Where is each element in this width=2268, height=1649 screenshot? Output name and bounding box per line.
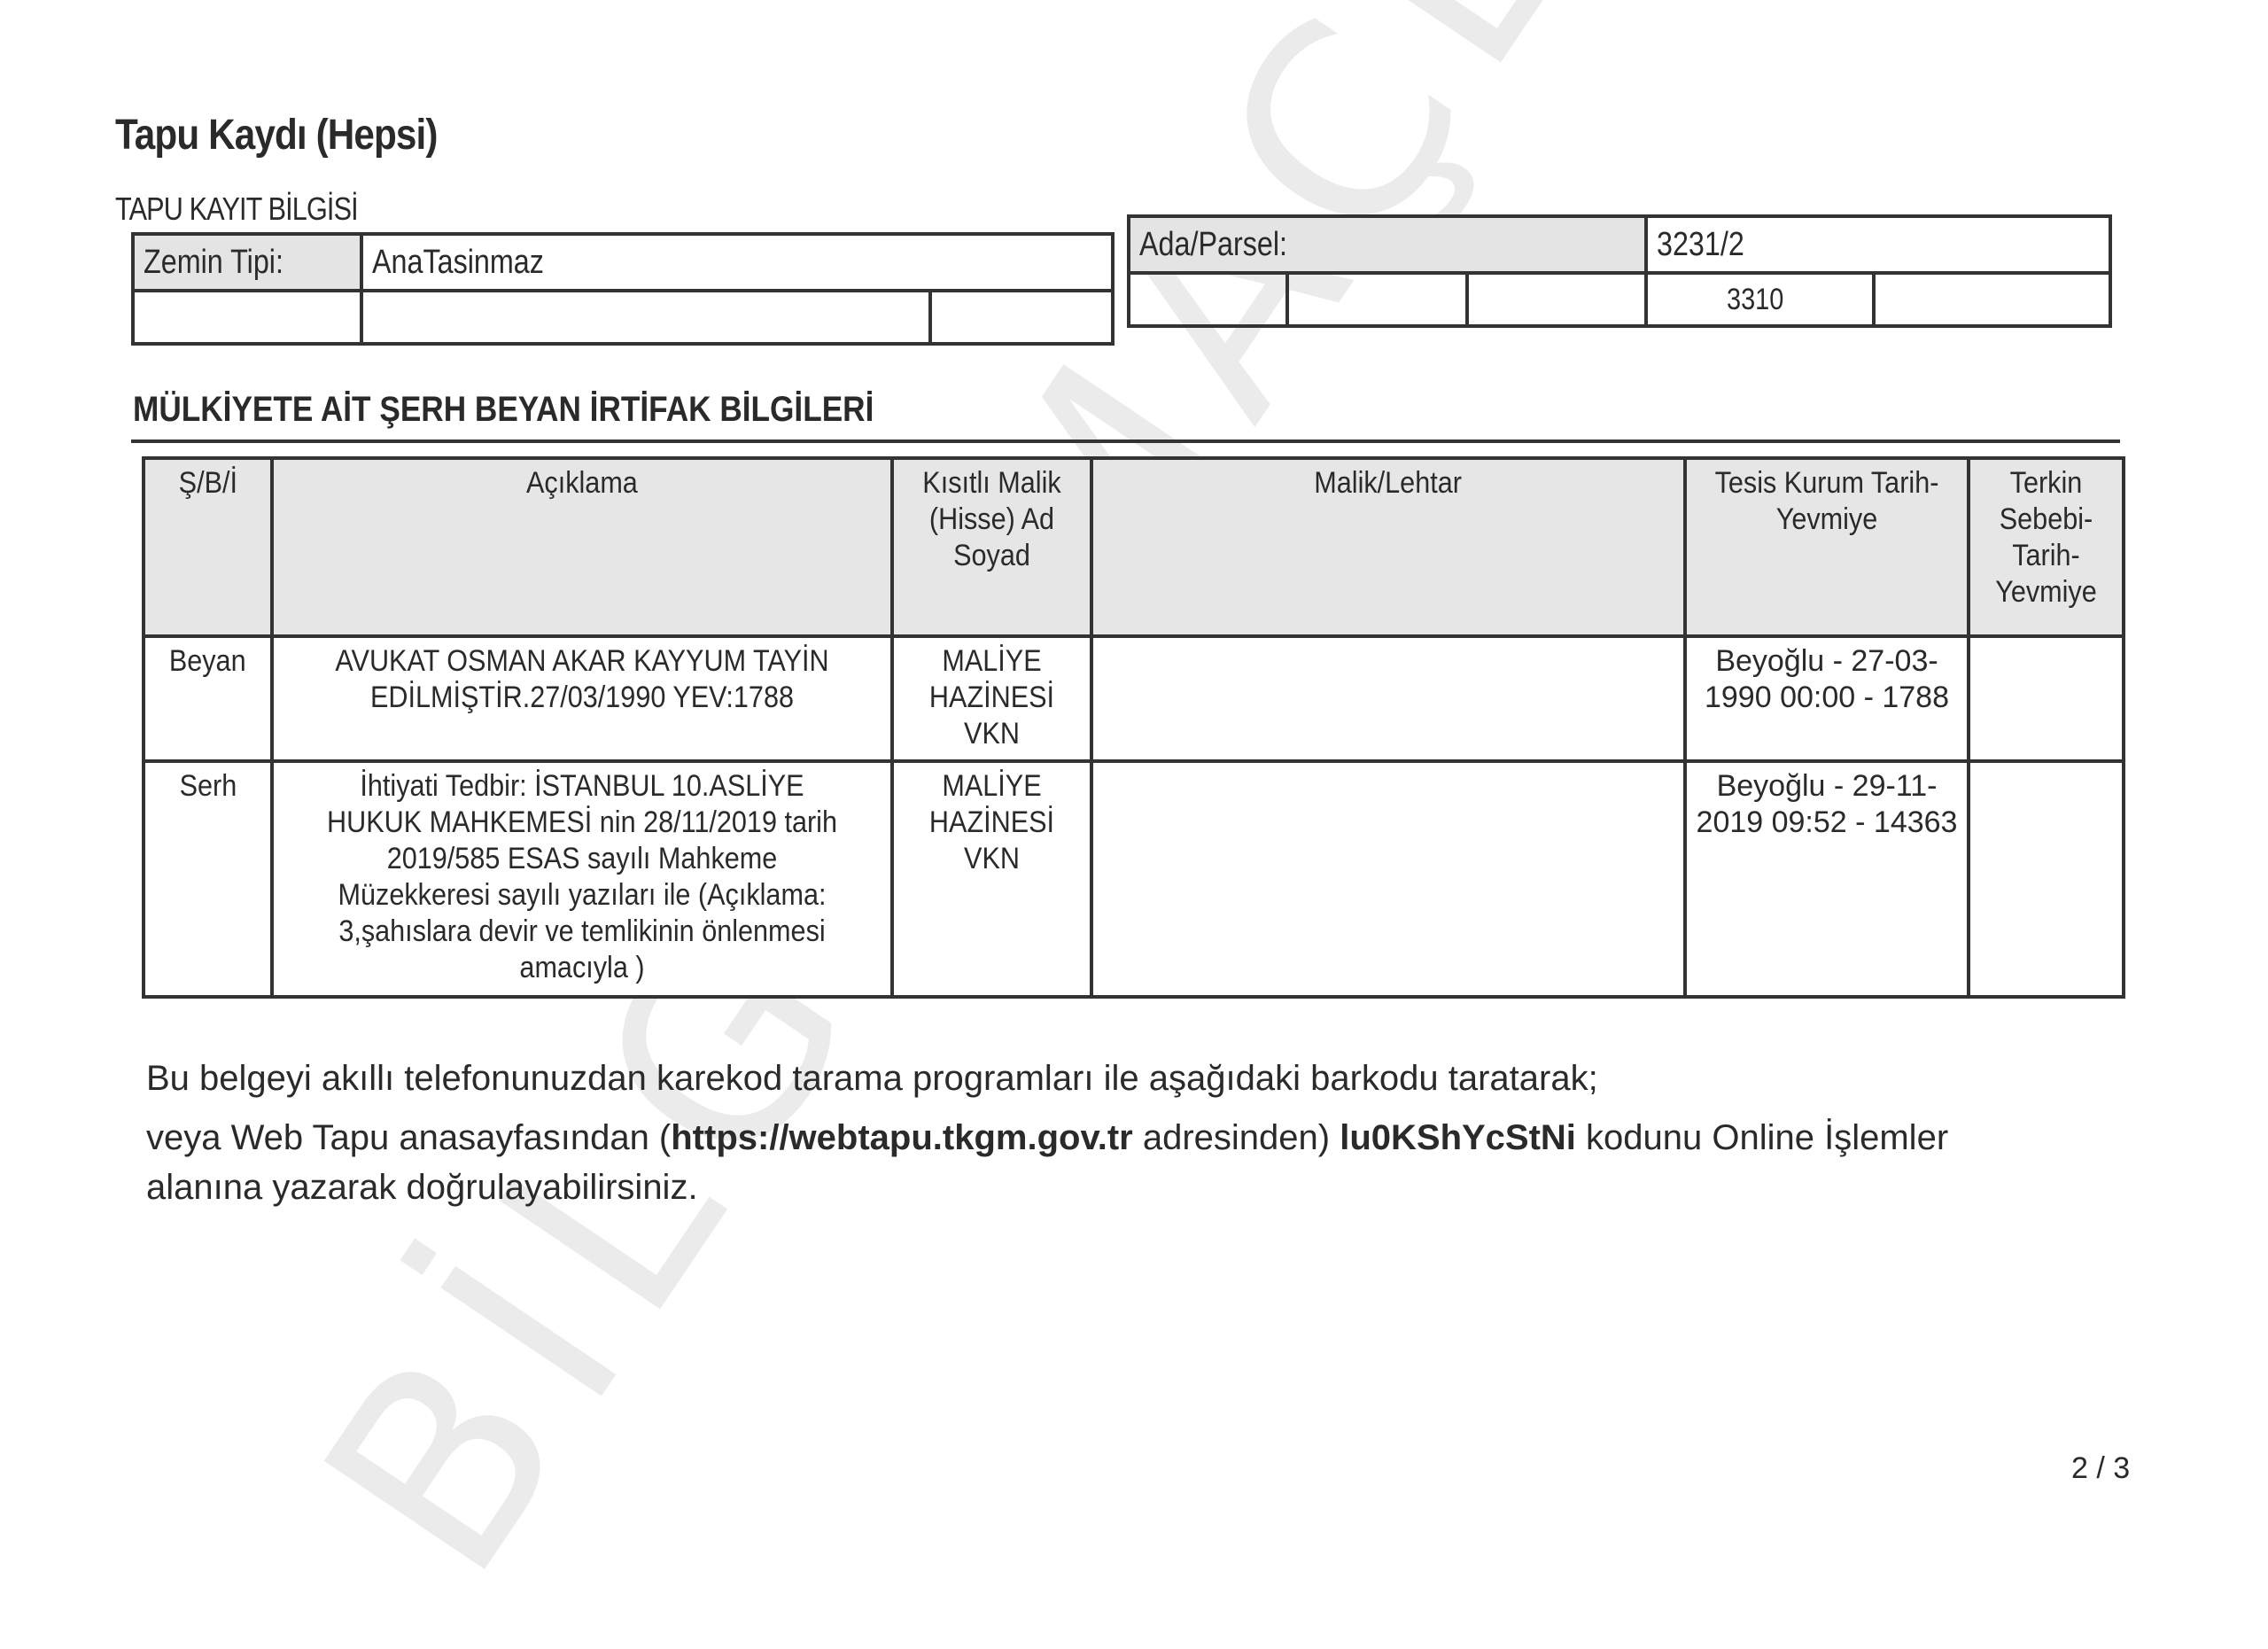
empty-cell: [1287, 273, 1466, 326]
verification-url-line: veya Web Tapu anasayfasından (https://we…: [146, 1118, 1948, 1158]
column-header-tesis: Tesis Kurum Tarih-Yevmiye: [1685, 458, 1969, 636]
section-title: MÜLKİYETE AİT ŞERH BEYAN İRTİFAK BİLGİLE…: [133, 390, 874, 430]
empty-cell: [133, 291, 361, 344]
empty-cell: [1467, 273, 1646, 326]
cell-terkin: [1969, 636, 2124, 761]
cell-aciklama: İhtiyati Tedbir: İSTANBUL 10.ASLİYE HUKU…: [272, 761, 892, 997]
page-number: 2 / 3: [2071, 1451, 2130, 1486]
cell-type: Serh: [144, 761, 272, 997]
cell-type: Beyan: [144, 636, 272, 761]
parsel-number-cell: 3310: [1646, 273, 1874, 326]
webtapu-link[interactable]: https://webtapu.tkgm.gov.tr: [671, 1118, 1132, 1157]
verification-instruction: Bu belgeyi akıllı telefonunuzdan karekod…: [146, 1059, 1598, 1099]
column-header-malik-lehtar: Malik/Lehtar: [1091, 458, 1685, 636]
cell-kisitli-malik: MALİYE HAZİNESİ VKN: [892, 636, 1091, 761]
section-subtitle: TAPU KAYIT BİLGİSİ: [115, 191, 358, 228]
zemin-tipi-value: AnaTasinmaz: [361, 234, 1113, 291]
document-page: BİLGİ AMAÇLIDIR Tapu Kaydı (Hepsi) TAPU …: [0, 0, 2268, 1649]
table-row: Beyan AVUKAT OSMAN AKAR KAYYUM TAYİN EDİ…: [144, 636, 2124, 761]
cell-malik-lehtar: [1091, 761, 1685, 997]
column-header-aciklama: Açıklama: [272, 458, 892, 636]
table-header-row: Ş/B/İ Açıklama Kısıtlı Malik (Hisse) Ad …: [144, 458, 2124, 636]
serh-beyan-table: Ş/B/İ Açıklama Kısıtlı Malik (Hisse) Ad …: [142, 456, 2125, 999]
verification-closing: alanına yazarak doğrulayabilirsiniz.: [146, 1168, 698, 1208]
column-header-sbi: Ş/B/İ: [144, 458, 272, 636]
empty-cell: [361, 291, 930, 344]
column-header-terkin: Terkin Sebebi-Tarih-Yevmiye: [1969, 458, 2124, 636]
table-row: Serh İhtiyati Tedbir: İSTANBUL 10.ASLİYE…: [144, 761, 2124, 997]
empty-cell: [1129, 273, 1287, 326]
zemin-tipi-table: Zemin Tipi: AnaTasinmaz: [131, 232, 1115, 346]
cell-terkin: [1969, 761, 2124, 997]
ada-parsel-table: Ada/Parsel: 3231/2 3310: [1127, 214, 2112, 328]
cell-tesis: Beyoğlu - 29-11-2019 09:52 - 14363: [1685, 761, 1969, 997]
cell-kisitli-malik: MALİYE HAZİNESİ VKN: [892, 761, 1091, 997]
cell-malik-lehtar: [1091, 636, 1685, 761]
page-title: Tapu Kaydı (Hepsi): [115, 111, 438, 159]
empty-cell: [1874, 273, 2110, 326]
empty-cell: [930, 291, 1113, 344]
ada-parsel-value: 3231/2: [1646, 216, 2110, 273]
ada-parsel-label: Ada/Parsel:: [1129, 216, 1646, 273]
zemin-tipi-label: Zemin Tipi:: [133, 234, 361, 291]
column-header-kisitli-malik: Kısıtlı Malik (Hisse) Ad Soyad: [892, 458, 1091, 636]
cell-tesis: Beyoğlu - 27-03-1990 00:00 - 1788: [1685, 636, 1969, 761]
cell-aciklama: AVUKAT OSMAN AKAR KAYYUM TAYİN EDİLMİŞTİ…: [272, 636, 892, 761]
verification-code: lu0KShYcStNi: [1340, 1118, 1576, 1157]
section-divider: [131, 439, 2120, 443]
